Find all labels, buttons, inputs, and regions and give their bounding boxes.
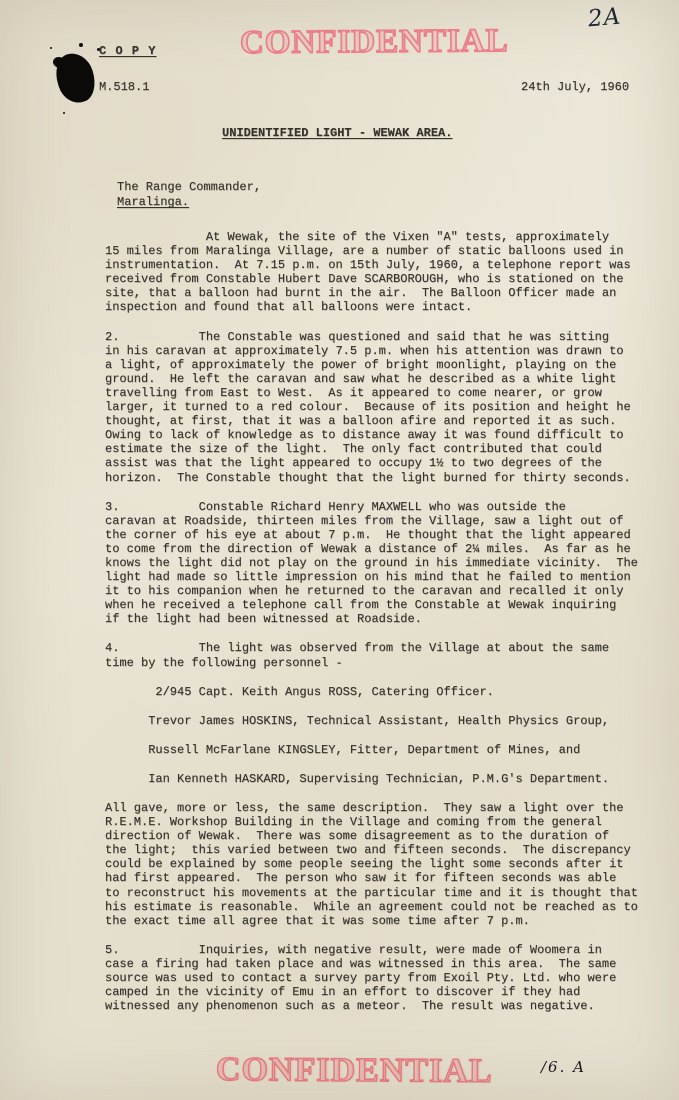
paragraph: All gave, more or less, the same descrip… [105,801,657,928]
reference-number: M.518.1 [99,80,149,94]
paragraph: Ian Kenneth HASKARD, Supervising Technic… [105,772,657,786]
document-title: UNIDENTIFIED LIGHT - WEWAK AREA. [222,126,452,140]
paragraph: At Wewak, the site of the Vixen "A" test… [105,230,657,315]
copy-label: C O P Y [99,44,156,58]
ink-speck [63,112,65,114]
scanned-document-page: 2A C O P Y CONFIDENTIAL M.518.1 24th Jul… [0,0,679,1100]
paragraph: 2/945 Capt. Keith Angus ROSS, Catering O… [105,685,657,699]
confidential-stamp-top: CONFIDENTIAL [240,23,509,62]
paragraph: Russell McFarlane KINGSLEY, Fitter, Depa… [105,743,657,757]
confidential-stamp-bottom: CONFIDENTIAL [216,1051,493,1091]
document-date: 24th July, 1960 [521,80,629,94]
document-body: At Wewak, the site of the Vixen "A" test… [105,230,657,1028]
addressee-line: The Range Commander, [117,180,261,195]
paragraph: Trevor James HOSKINS, Technical Assistan… [105,714,657,728]
ink-speck [79,43,83,47]
paragraph: 2. The Constable was questioned and said… [105,330,657,485]
addressee-line: Maralinga. [117,195,261,210]
paragraph: 3. Constable Richard Henry MAXWELL who w… [105,500,657,627]
addressee-block: The Range Commander,Maralinga. [117,180,261,210]
handwritten-page-number: 2A [587,4,622,33]
paragraph: 4. The light was observed from the Villa… [105,641,657,669]
ink-speck [50,47,52,49]
paragraph: 5. Inquiries, with negative result, were… [105,943,657,1013]
handwritten-footer-note: /6. A [541,1058,586,1076]
